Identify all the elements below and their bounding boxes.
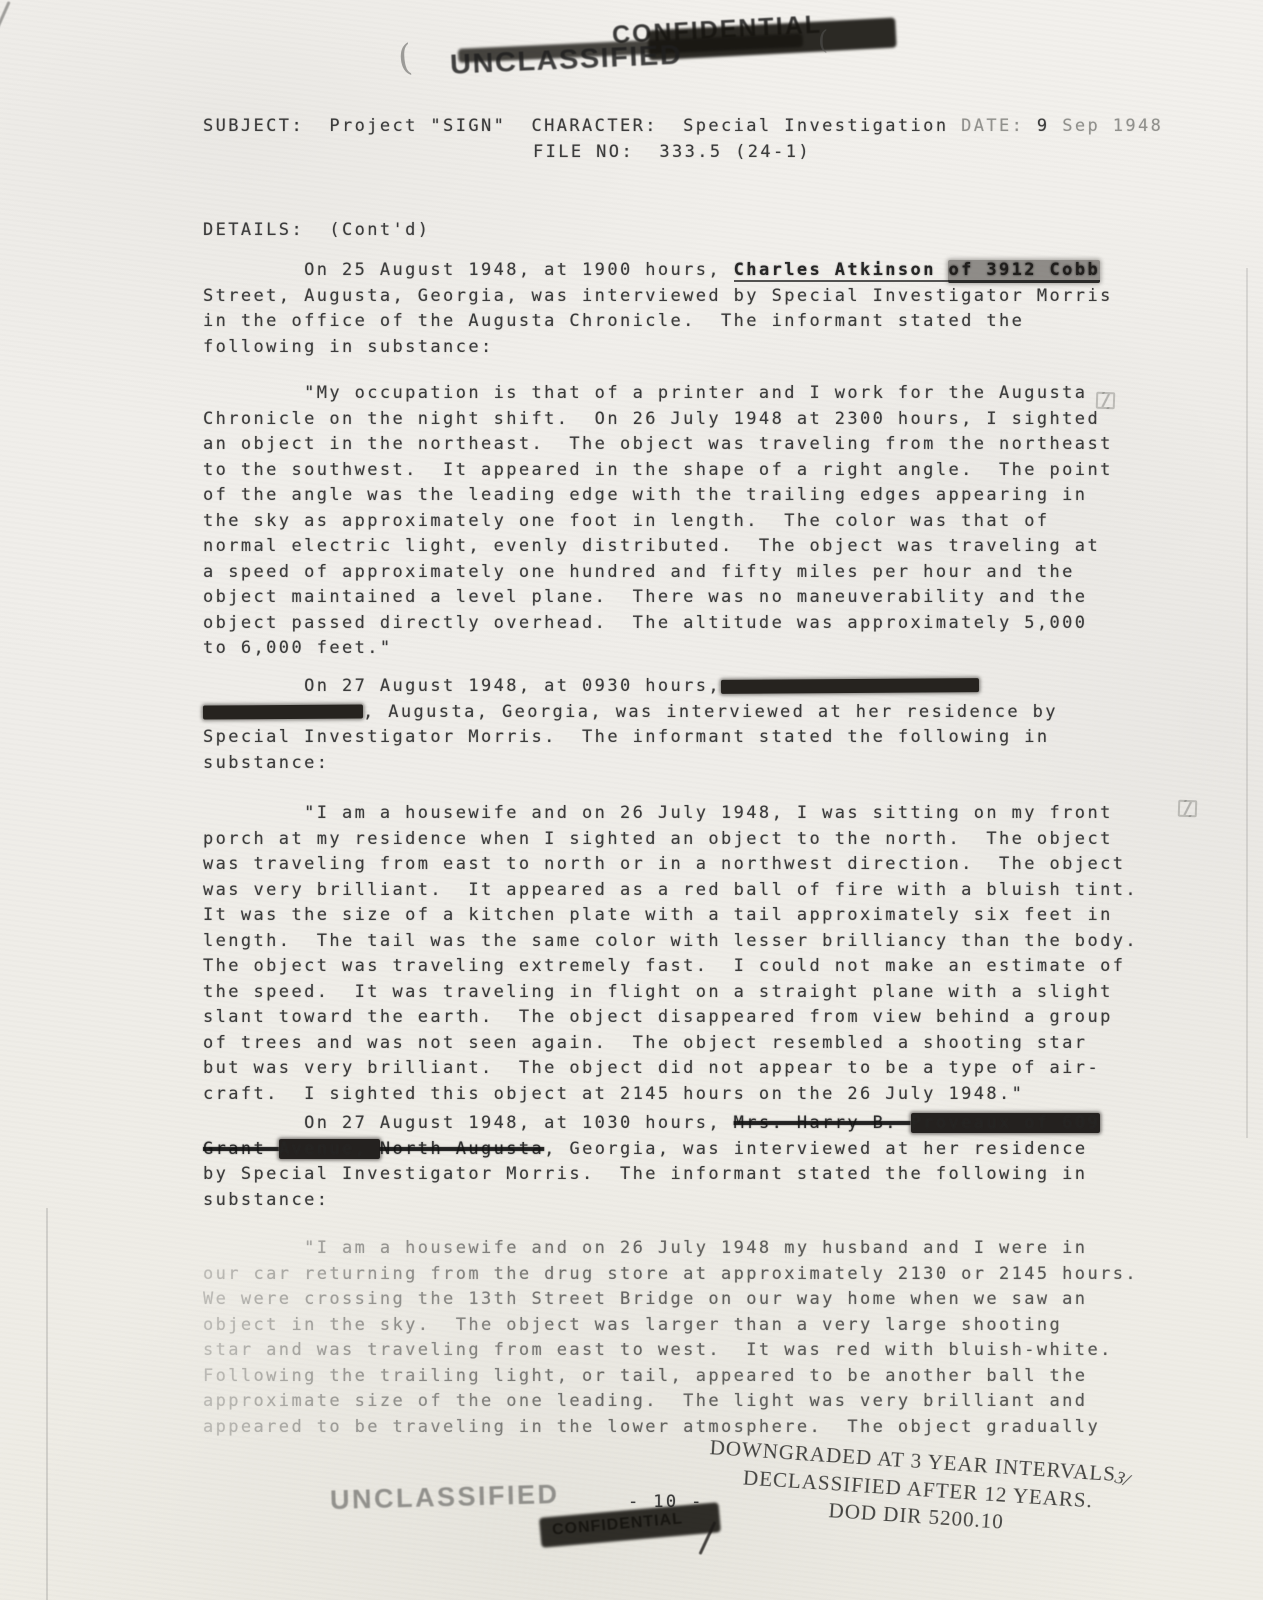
text-segment: 9 — [1037, 116, 1062, 136]
text-line: , Augusta, Georgia, was interviewed at h… — [203, 700, 1058, 726]
text-line: object passed directly overhead. The alt… — [203, 611, 1113, 637]
redaction-mark: Proveaux of 609 — [911, 1113, 1101, 1133]
redaction-mark — [203, 704, 363, 719]
pen-paren-mark: ( — [396, 37, 414, 79]
scan-crease — [46, 1208, 48, 1600]
text-line: Grant Avenue, North Augusta, Georgia, wa… — [203, 1137, 1100, 1163]
text-line: by Special Investigator Morris. The info… — [203, 1162, 1100, 1188]
text-line: slant toward the earth. The object disap… — [203, 1005, 1138, 1031]
text-line: our car returning from the drug store at… — [203, 1262, 1138, 1288]
confidential-stamp-bottom: CONFIDENTIAL — [551, 1510, 683, 1539]
header-line-1: SUBJECT: Project "SIGN" CHARACTER: Speci… — [203, 114, 1163, 140]
text-line: It was the size of a kitchen plate with … — [203, 903, 1138, 929]
paragraph-proveaux-intro: On 27 August 1948, at 1030 hours, Mrs. H… — [203, 1111, 1100, 1213]
text-line: Street, Augusta, Georgia, was interviewe… — [203, 284, 1113, 310]
text-line: SUBJECT: Project "SIGN" CHARACTER: Speci… — [203, 114, 1163, 140]
text-line: "I am a housewife and on 26 July 1948, I… — [203, 801, 1138, 827]
text-line: approximate size of the one leading. The… — [203, 1389, 1138, 1415]
text-line: Chronicle on the night shift. On 26 July… — [203, 407, 1113, 433]
text-line: substance: — [203, 1188, 1100, 1214]
redaction-mark — [721, 678, 979, 694]
text-line: craft. I sighted this object at 2145 hou… — [203, 1082, 1138, 1108]
text-line: was very brilliant. It appeared as a red… — [203, 878, 1138, 904]
text-line: an object in the northeast. The object w… — [203, 432, 1113, 458]
text-line: "I am a housewife and on 26 July 1948 my… — [203, 1236, 1138, 1262]
text-line: of trees and was not seen again. The obj… — [203, 1031, 1138, 1057]
text-segment: Grant — [203, 1139, 279, 1159]
text-line: to the southwest. It appeared in the sha… — [203, 458, 1113, 484]
text-line: substance: — [203, 751, 1058, 777]
text-line: On 27 August 1948, at 1030 hours, Mrs. H… — [203, 1111, 1100, 1137]
text-line: DETAILS: (Cont'd) — [203, 218, 430, 244]
text-line: of the angle was the leading edge with t… — [203, 483, 1113, 509]
paragraph-skinner-intro: On 27 August 1948, at 0930 hours,, Augus… — [203, 674, 1058, 776]
text-line: "My occupation is that of a printer and … — [203, 381, 1113, 407]
paragraph-proveaux-statement: "I am a housewife and on 26 July 1948 my… — [203, 1236, 1138, 1440]
text-line: length. The tail was the same color with… — [203, 929, 1138, 955]
text-line: normal electric light, evenly distribute… — [203, 534, 1113, 560]
paragraph-atkinson-statement: "My occupation is that of a printer and … — [203, 381, 1113, 662]
text-line: in the office of the Augusta Chronicle. … — [203, 309, 1113, 335]
text-line: object in the sky. The object was larger… — [203, 1313, 1138, 1339]
unclassified-stamp-top: UNCLASSIFIED — [449, 40, 682, 82]
text-line: was traveling from east to north or in a… — [203, 852, 1138, 878]
text-segment: Charles Atkinson — [734, 260, 949, 282]
text-line: On 25 August 1948, at 1900 hours, Charle… — [203, 258, 1113, 284]
text-line: Special Investigator Morris. The informa… — [203, 725, 1058, 751]
redaction-mark: Avenue, — [279, 1139, 380, 1159]
text-line: star and was traveling from east to west… — [203, 1338, 1138, 1364]
text-segment: DATE: — [961, 116, 1037, 136]
text-line: the speed. It was traveling in flight on… — [203, 980, 1138, 1006]
downgrade-declassify-stamp: DOWNGRADED AT 3 YEAR INTERVALS3/ DECLASS… — [666, 1432, 1170, 1547]
redaction-mark: of 3912 Cobb — [948, 260, 1100, 283]
paragraph-skinner-statement: "I am a housewife and on 26 July 1948, I… — [203, 801, 1138, 1107]
text-line: FILE NO: 333.5 (24-1) — [533, 140, 811, 166]
pen-slash-mark — [0, 1, 11, 37]
text-line: porch at my residence when I sighted an … — [203, 827, 1138, 853]
text-line: object maintained a level plane. There w… — [203, 585, 1113, 611]
text-line: following in substance: — [203, 335, 1113, 361]
scanned-document-page: CONFIDENTIAL UNCLASSIFIED ( ( SUBJECT: P… — [0, 0, 1263, 1600]
details-heading: DETAILS: (Cont'd) — [203, 218, 430, 244]
paragraph-atkinson-intro: On 25 August 1948, at 1900 hours, Charle… — [203, 258, 1113, 360]
text-line: a speed of approximately one hundred and… — [203, 560, 1113, 586]
text-line: Following the trailing light, or tail, a… — [203, 1364, 1138, 1390]
text-line: but was very brilliant. The object did n… — [203, 1056, 1138, 1082]
text-segment: Sep 1948 — [1062, 116, 1163, 136]
text-line: We were crossing the 13th Street Bridge … — [203, 1287, 1138, 1313]
text-line: On 27 August 1948, at 0930 hours, — [203, 674, 1058, 700]
unclassified-stamp-bottom: UNCLASSIFIED — [330, 1479, 560, 1516]
text-line: the sky as approximately one foot in len… — [203, 509, 1113, 535]
header-line-2: FILE NO: 333.5 (24-1) — [533, 140, 811, 166]
text-line: The object was traveling extremely fast.… — [203, 954, 1138, 980]
text-segment: Mrs. Harry B. — [734, 1113, 911, 1133]
text-line: to 6,000 feet." — [203, 636, 1113, 662]
scan-crease — [1246, 268, 1248, 1138]
pencil-mark — [1178, 800, 1198, 818]
text-segment: North Augusta — [380, 1139, 544, 1159]
redaction-smear-tail — [699, 1521, 717, 1555]
